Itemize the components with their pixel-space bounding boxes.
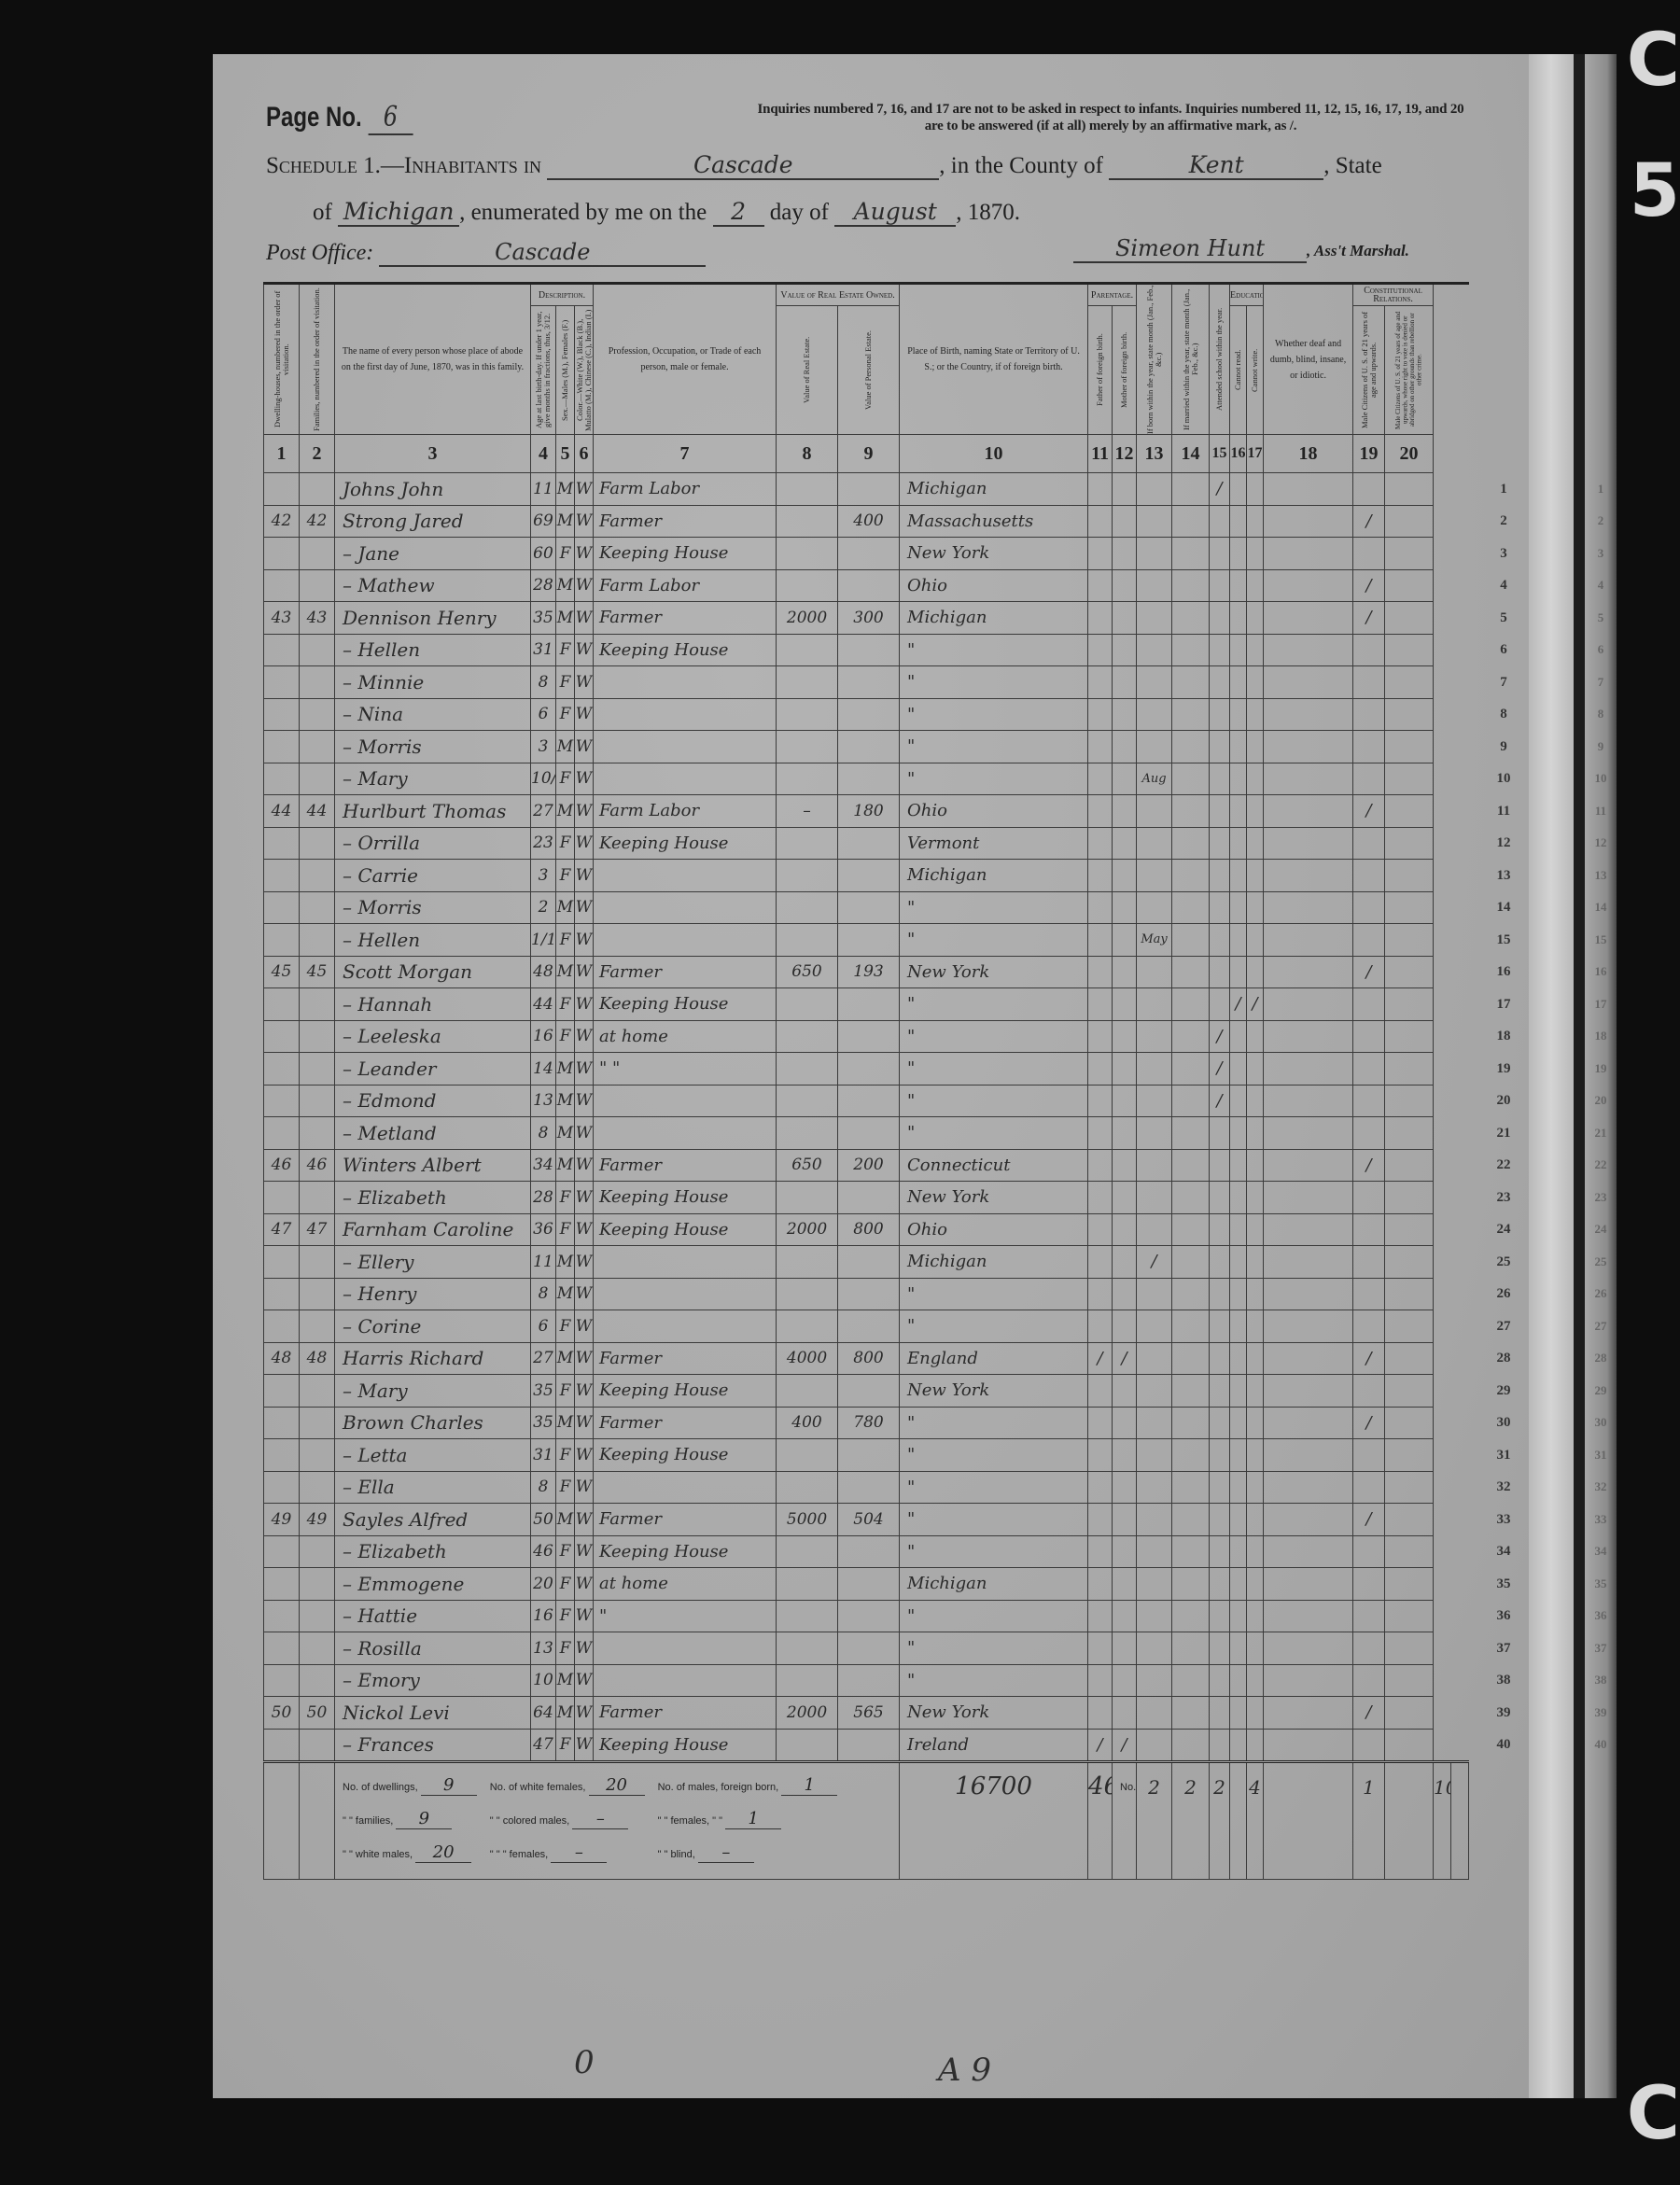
- cell-age: 3: [531, 860, 556, 892]
- cell-c11: [1088, 763, 1113, 795]
- cell-fam: [300, 1439, 335, 1472]
- cell-c18: [1264, 988, 1353, 1021]
- cell-c18: [1264, 1600, 1353, 1632]
- cell-re: [777, 1632, 838, 1665]
- cell-c12: [1113, 1439, 1137, 1472]
- cell-dw: [264, 1310, 300, 1343]
- cell-re: 650: [777, 1149, 838, 1182]
- cell-age: 1/12: [531, 924, 556, 957]
- cell-c20: [1385, 891, 1434, 924]
- cell-re: [777, 666, 838, 699]
- cell-c16: [1230, 827, 1247, 860]
- summary-grid: No. of dwellings, 9 " " families, 9 " " …: [335, 1763, 899, 1871]
- column-number: 15: [1210, 435, 1230, 473]
- cell-dw: [264, 473, 300, 506]
- cell-c16: [1230, 860, 1247, 892]
- cell-c12: [1113, 1664, 1137, 1697]
- cell-c19: [1353, 634, 1385, 666]
- cell-c18: [1264, 731, 1353, 763]
- cell-c15: [1210, 698, 1230, 731]
- cell-pe: 193: [838, 956, 900, 988]
- cell-c20: [1385, 1729, 1434, 1762]
- cell-fam: [300, 924, 335, 957]
- cell-pob: ": [900, 763, 1088, 795]
- cell-age: 46: [531, 1535, 556, 1568]
- cell-pe: [838, 1471, 900, 1504]
- cell-occ: ": [594, 1600, 777, 1632]
- cell-c13: [1137, 1342, 1172, 1375]
- cell-name: – Hellen: [335, 634, 531, 666]
- table-row: – Carrie3FWMichigan: [264, 860, 1469, 892]
- cell-pob: Ohio: [900, 569, 1088, 602]
- constitutional-group-header: Constitutional Relations.: [1353, 284, 1434, 306]
- col4-header: Age at last birth-day. If under 1 year, …: [531, 306, 556, 435]
- line-number: 4: [1585, 569, 1617, 602]
- cell-fam: [300, 827, 335, 860]
- cell-c11: [1088, 1535, 1113, 1568]
- cell-pe: [838, 731, 900, 763]
- cell-c16: [1230, 731, 1247, 763]
- cell-c12: [1113, 860, 1137, 892]
- cell-c17: [1247, 1117, 1264, 1150]
- cell-color: W: [575, 1632, 594, 1665]
- summary-col-c: No. of males, foreign born, 1 " " female…: [658, 1771, 838, 1871]
- cell-c17: [1247, 1729, 1264, 1762]
- cell-name: – Edmond: [335, 1085, 531, 1117]
- cell-dw: [264, 1568, 300, 1601]
- cell-c11: [1088, 1664, 1113, 1697]
- cell-c17: [1247, 1568, 1264, 1601]
- table-row: – Corine6FW": [264, 1310, 1469, 1343]
- cell-c15: [1210, 827, 1230, 860]
- line-number: 27: [1478, 1310, 1529, 1343]
- cell-pob: ": [900, 698, 1088, 731]
- cell-c13: [1137, 473, 1172, 506]
- cell-fam: 43: [300, 602, 335, 635]
- line-number: 3: [1585, 538, 1617, 570]
- cell-c19: [1353, 1182, 1385, 1214]
- cell-name: – Letta: [335, 1439, 531, 1472]
- cell-re: [777, 860, 838, 892]
- cell-c11: [1088, 538, 1113, 570]
- footer-mark-left: 0: [574, 2044, 595, 2081]
- cell-occ: Farmer: [594, 1407, 777, 1439]
- cell-re: –: [777, 795, 838, 828]
- cell-c18: [1264, 956, 1353, 988]
- cell-pe: 800: [838, 1342, 900, 1375]
- cell-c15: [1210, 860, 1230, 892]
- cell-c18: [1264, 1439, 1353, 1472]
- line-number: 1: [1478, 473, 1529, 506]
- cell-dw: [264, 1278, 300, 1310]
- cell-re: [777, 1600, 838, 1632]
- cell-re: [777, 1535, 838, 1568]
- cell-pob: New York: [900, 1697, 1088, 1730]
- cell-c20: [1385, 827, 1434, 860]
- cell-c13: [1137, 1149, 1172, 1182]
- cell-fam: [300, 538, 335, 570]
- summary-blank: [300, 1762, 335, 1880]
- cell-c19: /: [1353, 956, 1385, 988]
- cell-c16: [1230, 1471, 1247, 1504]
- cell-pe: 504: [838, 1504, 900, 1536]
- cell-fam: [300, 1664, 335, 1697]
- cell-fam: [300, 1375, 335, 1408]
- cell-c14: [1172, 1182, 1210, 1214]
- cell-c13: [1137, 634, 1172, 666]
- cell-fam: [300, 634, 335, 666]
- cell-sex: F: [556, 1439, 575, 1472]
- county-field: Kent: [1109, 151, 1323, 180]
- total-col17: 1: [1353, 1762, 1385, 1880]
- cell-c13: [1137, 795, 1172, 828]
- line-number: 32: [1585, 1471, 1617, 1504]
- cell-occ: Farm Labor: [594, 795, 777, 828]
- cell-pob: New York: [900, 1182, 1088, 1214]
- cell-c13: /: [1137, 1246, 1172, 1279]
- cell-c13: [1137, 602, 1172, 635]
- cell-c20: [1385, 1535, 1434, 1568]
- col6-header: Color.—White (W.), Black (B.), Mulatto (…: [575, 306, 594, 435]
- table-row: – Morris2MW": [264, 891, 1469, 924]
- cell-sex: F: [556, 1632, 575, 1665]
- cell-age: 6: [531, 1310, 556, 1343]
- cell-age: 60: [531, 538, 556, 570]
- cell-sex: F: [556, 1375, 575, 1408]
- cell-c16: [1230, 795, 1247, 828]
- cell-age: 35: [531, 602, 556, 635]
- cell-pob: ": [900, 1085, 1088, 1117]
- line-number: 8: [1478, 698, 1529, 731]
- cell-c11: [1088, 795, 1113, 828]
- cell-pob: ": [900, 1600, 1088, 1632]
- cell-c16: [1230, 763, 1247, 795]
- cell-occ: [594, 1085, 777, 1117]
- cell-re: [777, 924, 838, 957]
- cell-c15: [1210, 1600, 1230, 1632]
- cell-fam: [300, 1117, 335, 1150]
- cell-c11: [1088, 1246, 1113, 1279]
- cell-c15: [1210, 1632, 1230, 1665]
- table-row: – Metland8MW": [264, 1117, 1469, 1150]
- cell-pob: ": [900, 988, 1088, 1021]
- cell-age: 11: [531, 473, 556, 506]
- cell-dw: [264, 763, 300, 795]
- col13-header: If born within the year, state month (Ja…: [1137, 284, 1172, 435]
- cell-c15: [1210, 1278, 1230, 1310]
- cell-c19: [1353, 1535, 1385, 1568]
- cell-c13: [1137, 1600, 1172, 1632]
- cell-c20: [1385, 1375, 1434, 1408]
- cell-c15: /: [1210, 1020, 1230, 1053]
- table-row: – Emmogene20FWat homeMichigan: [264, 1568, 1469, 1601]
- cell-c20: [1385, 1504, 1434, 1536]
- cell-c17: [1247, 505, 1264, 538]
- cell-c13: [1137, 1697, 1172, 1730]
- cell-dw: [264, 1085, 300, 1117]
- cell-sex: M: [556, 473, 575, 506]
- cell-c16: [1230, 924, 1247, 957]
- cell-re: [777, 1053, 838, 1085]
- cell-occ: Farm Labor: [594, 473, 777, 506]
- cell-pe: [838, 763, 900, 795]
- line-number: 15: [1585, 924, 1617, 957]
- cell-c20: [1385, 1149, 1434, 1182]
- cell-c14: [1172, 1471, 1210, 1504]
- cell-c13: [1137, 1535, 1172, 1568]
- cell-pe: [838, 1117, 900, 1150]
- cell-c12: [1113, 1471, 1137, 1504]
- cell-c19: [1353, 891, 1385, 924]
- cell-c14: [1172, 1020, 1210, 1053]
- line-number: 33: [1478, 1504, 1529, 1536]
- cell-c11: [1088, 1407, 1113, 1439]
- cell-c14: [1172, 1246, 1210, 1279]
- column-number: 14: [1172, 435, 1210, 473]
- cell-c13: [1137, 698, 1172, 731]
- state-field: Michigan: [338, 198, 459, 227]
- cell-c19: [1353, 1310, 1385, 1343]
- cell-dw: [264, 1471, 300, 1504]
- cell-c19: /: [1353, 1149, 1385, 1182]
- cell-age: 14: [531, 1053, 556, 1085]
- cell-c18: [1264, 1535, 1353, 1568]
- cell-sex: M: [556, 1085, 575, 1117]
- line-number: 14: [1478, 891, 1529, 924]
- cell-fam: [300, 731, 335, 763]
- cell-c11: [1088, 1697, 1113, 1730]
- cell-c18: [1264, 795, 1353, 828]
- cell-c15: [1210, 1439, 1230, 1472]
- col11-header: Father of foreign birth.: [1088, 306, 1113, 435]
- line-number: 39: [1478, 1697, 1529, 1730]
- cell-fam: [300, 473, 335, 506]
- cell-c17: [1247, 1213, 1264, 1246]
- cell-c18: [1264, 473, 1353, 506]
- cell-age: 64: [531, 1697, 556, 1730]
- cell-pob: ": [900, 731, 1088, 763]
- cell-c11: [1088, 1053, 1113, 1085]
- cell-c17: [1247, 569, 1264, 602]
- cell-c11: [1088, 1375, 1113, 1408]
- cell-color: W: [575, 1149, 594, 1182]
- cell-color: W: [575, 538, 594, 570]
- cell-name: – Hattie: [335, 1600, 531, 1632]
- cell-color: W: [575, 795, 594, 828]
- cell-name: – Jane: [335, 538, 531, 570]
- cell-c20: [1385, 602, 1434, 635]
- cell-occ: Keeping House: [594, 1439, 777, 1472]
- cell-pe: [838, 1664, 900, 1697]
- cell-c15: [1210, 956, 1230, 988]
- cell-occ: [594, 1117, 777, 1150]
- cell-color: W: [575, 1439, 594, 1472]
- col2-header: Families, numbered in the order of visit…: [300, 284, 335, 435]
- line-number: 21: [1478, 1117, 1529, 1150]
- cell-c17: [1247, 763, 1264, 795]
- line-number: 23: [1585, 1182, 1617, 1214]
- line-number: 17: [1478, 988, 1529, 1021]
- cell-c19: /: [1353, 505, 1385, 538]
- cell-re: [777, 538, 838, 570]
- cell-occ: [594, 1278, 777, 1310]
- cell-age: 35: [531, 1407, 556, 1439]
- cell-pob: New York: [900, 956, 1088, 988]
- post-office-label: Post Office:: [266, 241, 373, 265]
- cell-fam: [300, 1568, 335, 1601]
- cell-pob: Massachusetts: [900, 505, 1088, 538]
- cell-c15: [1210, 731, 1230, 763]
- cell-color: W: [575, 569, 594, 602]
- cell-c11: [1088, 827, 1113, 860]
- cell-c12: [1113, 1182, 1137, 1214]
- cell-occ: [594, 1632, 777, 1665]
- summary-col-a: No. of dwellings, 9 " " families, 9 " " …: [343, 1771, 477, 1871]
- cell-pob: ": [900, 1310, 1088, 1343]
- line-number: 35: [1478, 1568, 1529, 1601]
- cell-c16: [1230, 1342, 1247, 1375]
- cell-c13: [1137, 1085, 1172, 1117]
- cell-pe: [838, 1375, 900, 1408]
- cell-c12: [1113, 505, 1137, 538]
- cell-name: – Hannah: [335, 988, 531, 1021]
- cell-c13: [1137, 1504, 1172, 1536]
- cell-c18: [1264, 666, 1353, 699]
- cell-pe: [838, 1535, 900, 1568]
- cell-occ: Keeping House: [594, 538, 777, 570]
- cell-dw: [264, 1053, 300, 1085]
- cell-c18: [1264, 860, 1353, 892]
- cell-age: 6: [531, 698, 556, 731]
- column-number: 6: [575, 435, 594, 473]
- cell-pob: England: [900, 1342, 1088, 1375]
- column-number: 7: [594, 435, 777, 473]
- cell-c20: [1385, 1600, 1434, 1632]
- cell-c20: [1385, 666, 1434, 699]
- cell-color: W: [575, 1535, 594, 1568]
- cell-c18: [1264, 698, 1353, 731]
- cell-fam: 44: [300, 795, 335, 828]
- edge-fragment: C: [1627, 19, 1680, 103]
- cell-sex: M: [556, 1664, 575, 1697]
- cell-c11: [1088, 860, 1113, 892]
- cell-c17: [1247, 1471, 1264, 1504]
- column-number: 18: [1264, 435, 1353, 473]
- cell-sex: F: [556, 1471, 575, 1504]
- cell-c20: [1385, 1407, 1434, 1439]
- cell-dw: [264, 698, 300, 731]
- cell-dw: 46: [264, 1149, 300, 1182]
- cell-pe: [838, 1053, 900, 1085]
- cell-pe: [838, 860, 900, 892]
- cell-c20: [1385, 1568, 1434, 1601]
- cell-c18: [1264, 1568, 1353, 1601]
- cell-c17: [1247, 924, 1264, 957]
- cell-c12: [1113, 1697, 1137, 1730]
- line-number: 31: [1585, 1439, 1617, 1472]
- marshal-label: , Ass't Marshal.: [1307, 242, 1409, 259]
- cell-c14: [1172, 795, 1210, 828]
- line-number: 18: [1478, 1020, 1529, 1053]
- cell-age: 10: [531, 1664, 556, 1697]
- cell-c20: [1385, 1310, 1434, 1343]
- cell-c12: [1113, 1375, 1137, 1408]
- cell-re: [777, 827, 838, 860]
- cell-name: – Carrie: [335, 860, 531, 892]
- cell-c11: [1088, 505, 1113, 538]
- total-col12: 2: [1172, 1762, 1210, 1880]
- col9-header: Value of Personal Estate.: [838, 306, 900, 435]
- table-row: – Edmond13MW"/: [264, 1085, 1469, 1117]
- cell-occ: Keeping House: [594, 1375, 777, 1408]
- cell-age: 3: [531, 731, 556, 763]
- cell-pob: ": [900, 1407, 1088, 1439]
- cell-fam: [300, 1278, 335, 1310]
- table-row: – Ella8FW": [264, 1471, 1469, 1504]
- cell-c13: [1137, 1471, 1172, 1504]
- cell-pob: Michigan: [900, 1246, 1088, 1279]
- cell-color: W: [575, 666, 594, 699]
- cell-c11: [1088, 1439, 1113, 1472]
- column-number: 4: [531, 435, 556, 473]
- cell-c17: [1247, 860, 1264, 892]
- county-label: , in the County of: [939, 153, 1103, 178]
- cell-fam: [300, 666, 335, 699]
- cell-c17: [1247, 1664, 1264, 1697]
- cell-color: W: [575, 1310, 594, 1343]
- total-col11: 2: [1137, 1762, 1172, 1880]
- cell-c12: [1113, 1085, 1137, 1117]
- cell-occ: Farmer: [594, 1342, 777, 1375]
- cell-c19: [1353, 666, 1385, 699]
- cell-occ: Farmer: [594, 602, 777, 635]
- cell-c15: [1210, 1117, 1230, 1150]
- line-number: 20: [1585, 1085, 1617, 1117]
- table-row: – Letta31FWKeeping House": [264, 1439, 1469, 1472]
- cell-pob: ": [900, 1535, 1088, 1568]
- foreign-males-count: 1: [781, 1776, 837, 1796]
- cell-fam: [300, 698, 335, 731]
- cell-fam: [300, 1182, 335, 1214]
- cell-name: – Corine: [335, 1310, 531, 1343]
- cell-sex: F: [556, 1020, 575, 1053]
- cell-c14: [1172, 666, 1210, 699]
- cell-c12: [1113, 1246, 1137, 1279]
- cell-sex: M: [556, 731, 575, 763]
- line-number: 28: [1585, 1342, 1617, 1375]
- cell-c13: [1137, 860, 1172, 892]
- cell-c19: [1353, 1246, 1385, 1279]
- cell-c20: [1385, 1053, 1434, 1085]
- cell-color: W: [575, 1375, 594, 1408]
- cell-c19: [1353, 473, 1385, 506]
- cell-dw: 49: [264, 1504, 300, 1536]
- cell-c12: [1113, 1213, 1137, 1246]
- cell-c20: [1385, 956, 1434, 988]
- cell-c14: [1172, 1117, 1210, 1150]
- cell-color: W: [575, 1664, 594, 1697]
- cell-c14: [1172, 1310, 1210, 1343]
- cell-dw: [264, 1182, 300, 1214]
- cell-c11: [1088, 634, 1113, 666]
- cell-occ: at home: [594, 1020, 777, 1053]
- cell-occ: Keeping House: [594, 1729, 777, 1762]
- cell-dw: 44: [264, 795, 300, 828]
- cell-c12: [1113, 827, 1137, 860]
- line-number: 29: [1478, 1375, 1529, 1408]
- cell-occ: [594, 924, 777, 957]
- cell-age: 27: [531, 795, 556, 828]
